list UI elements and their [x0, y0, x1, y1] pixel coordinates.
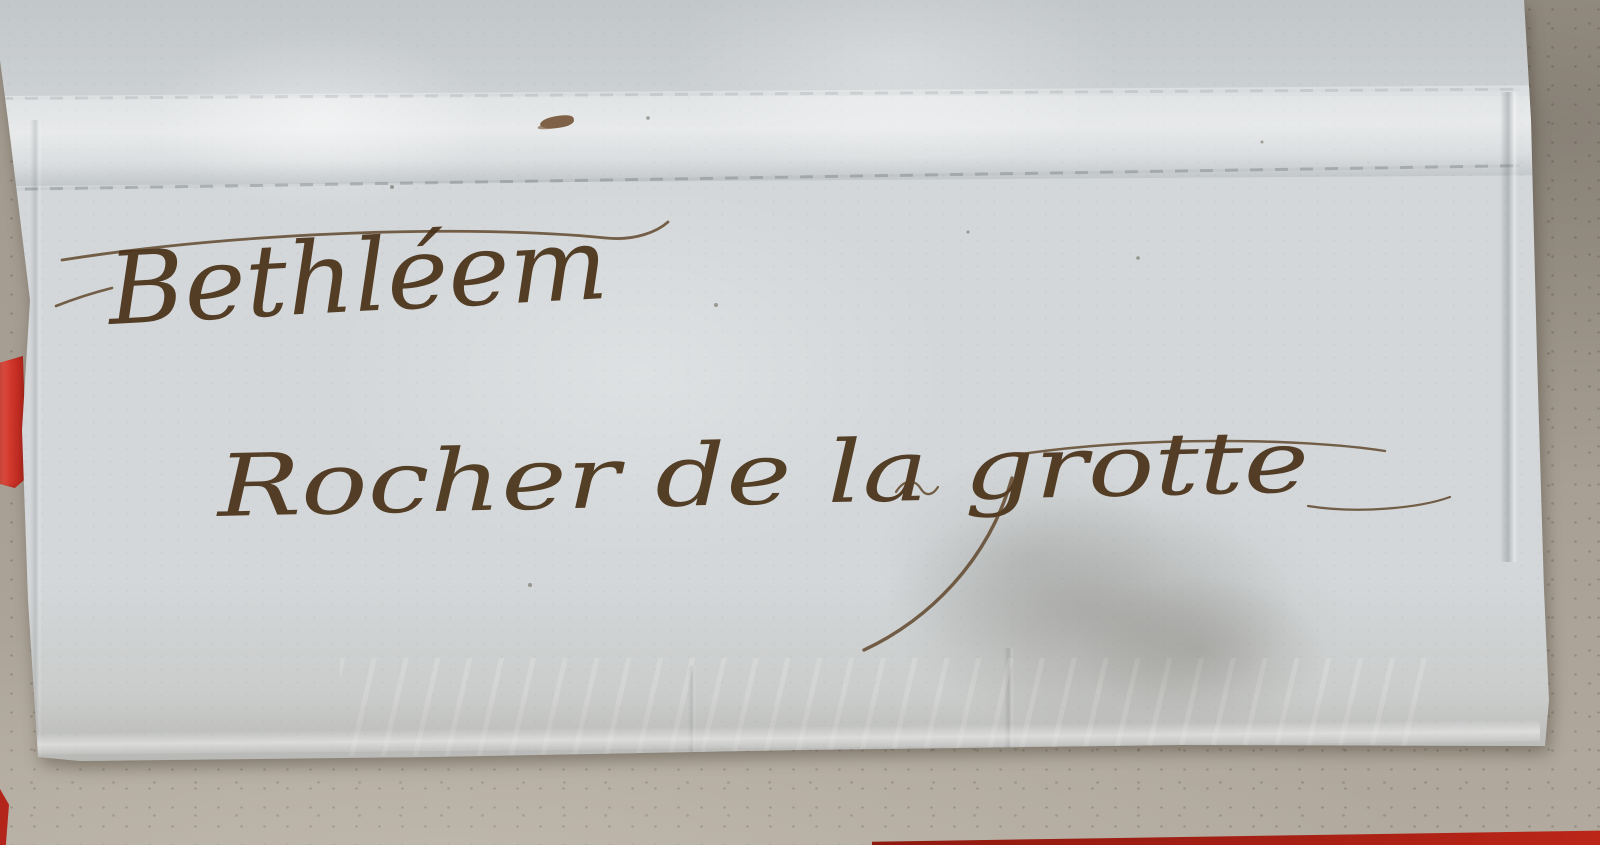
photo-background: Bethléem Rocher de la grotte [0, 0, 1600, 845]
handwriting-line-1: Bethléem [103, 205, 611, 348]
handwriting-layer: Bethléem Rocher de la grotte [0, 0, 1600, 845]
handwriting-line-2: Rocher de la grotte [214, 412, 1311, 537]
lead-in-stroke [56, 288, 112, 306]
final-e-tail [1308, 497, 1450, 510]
folded-letter: Bethléem Rocher de la grotte [0, 0, 1600, 845]
letter-paper: Bethléem Rocher de la grotte [0, 0, 1600, 845]
